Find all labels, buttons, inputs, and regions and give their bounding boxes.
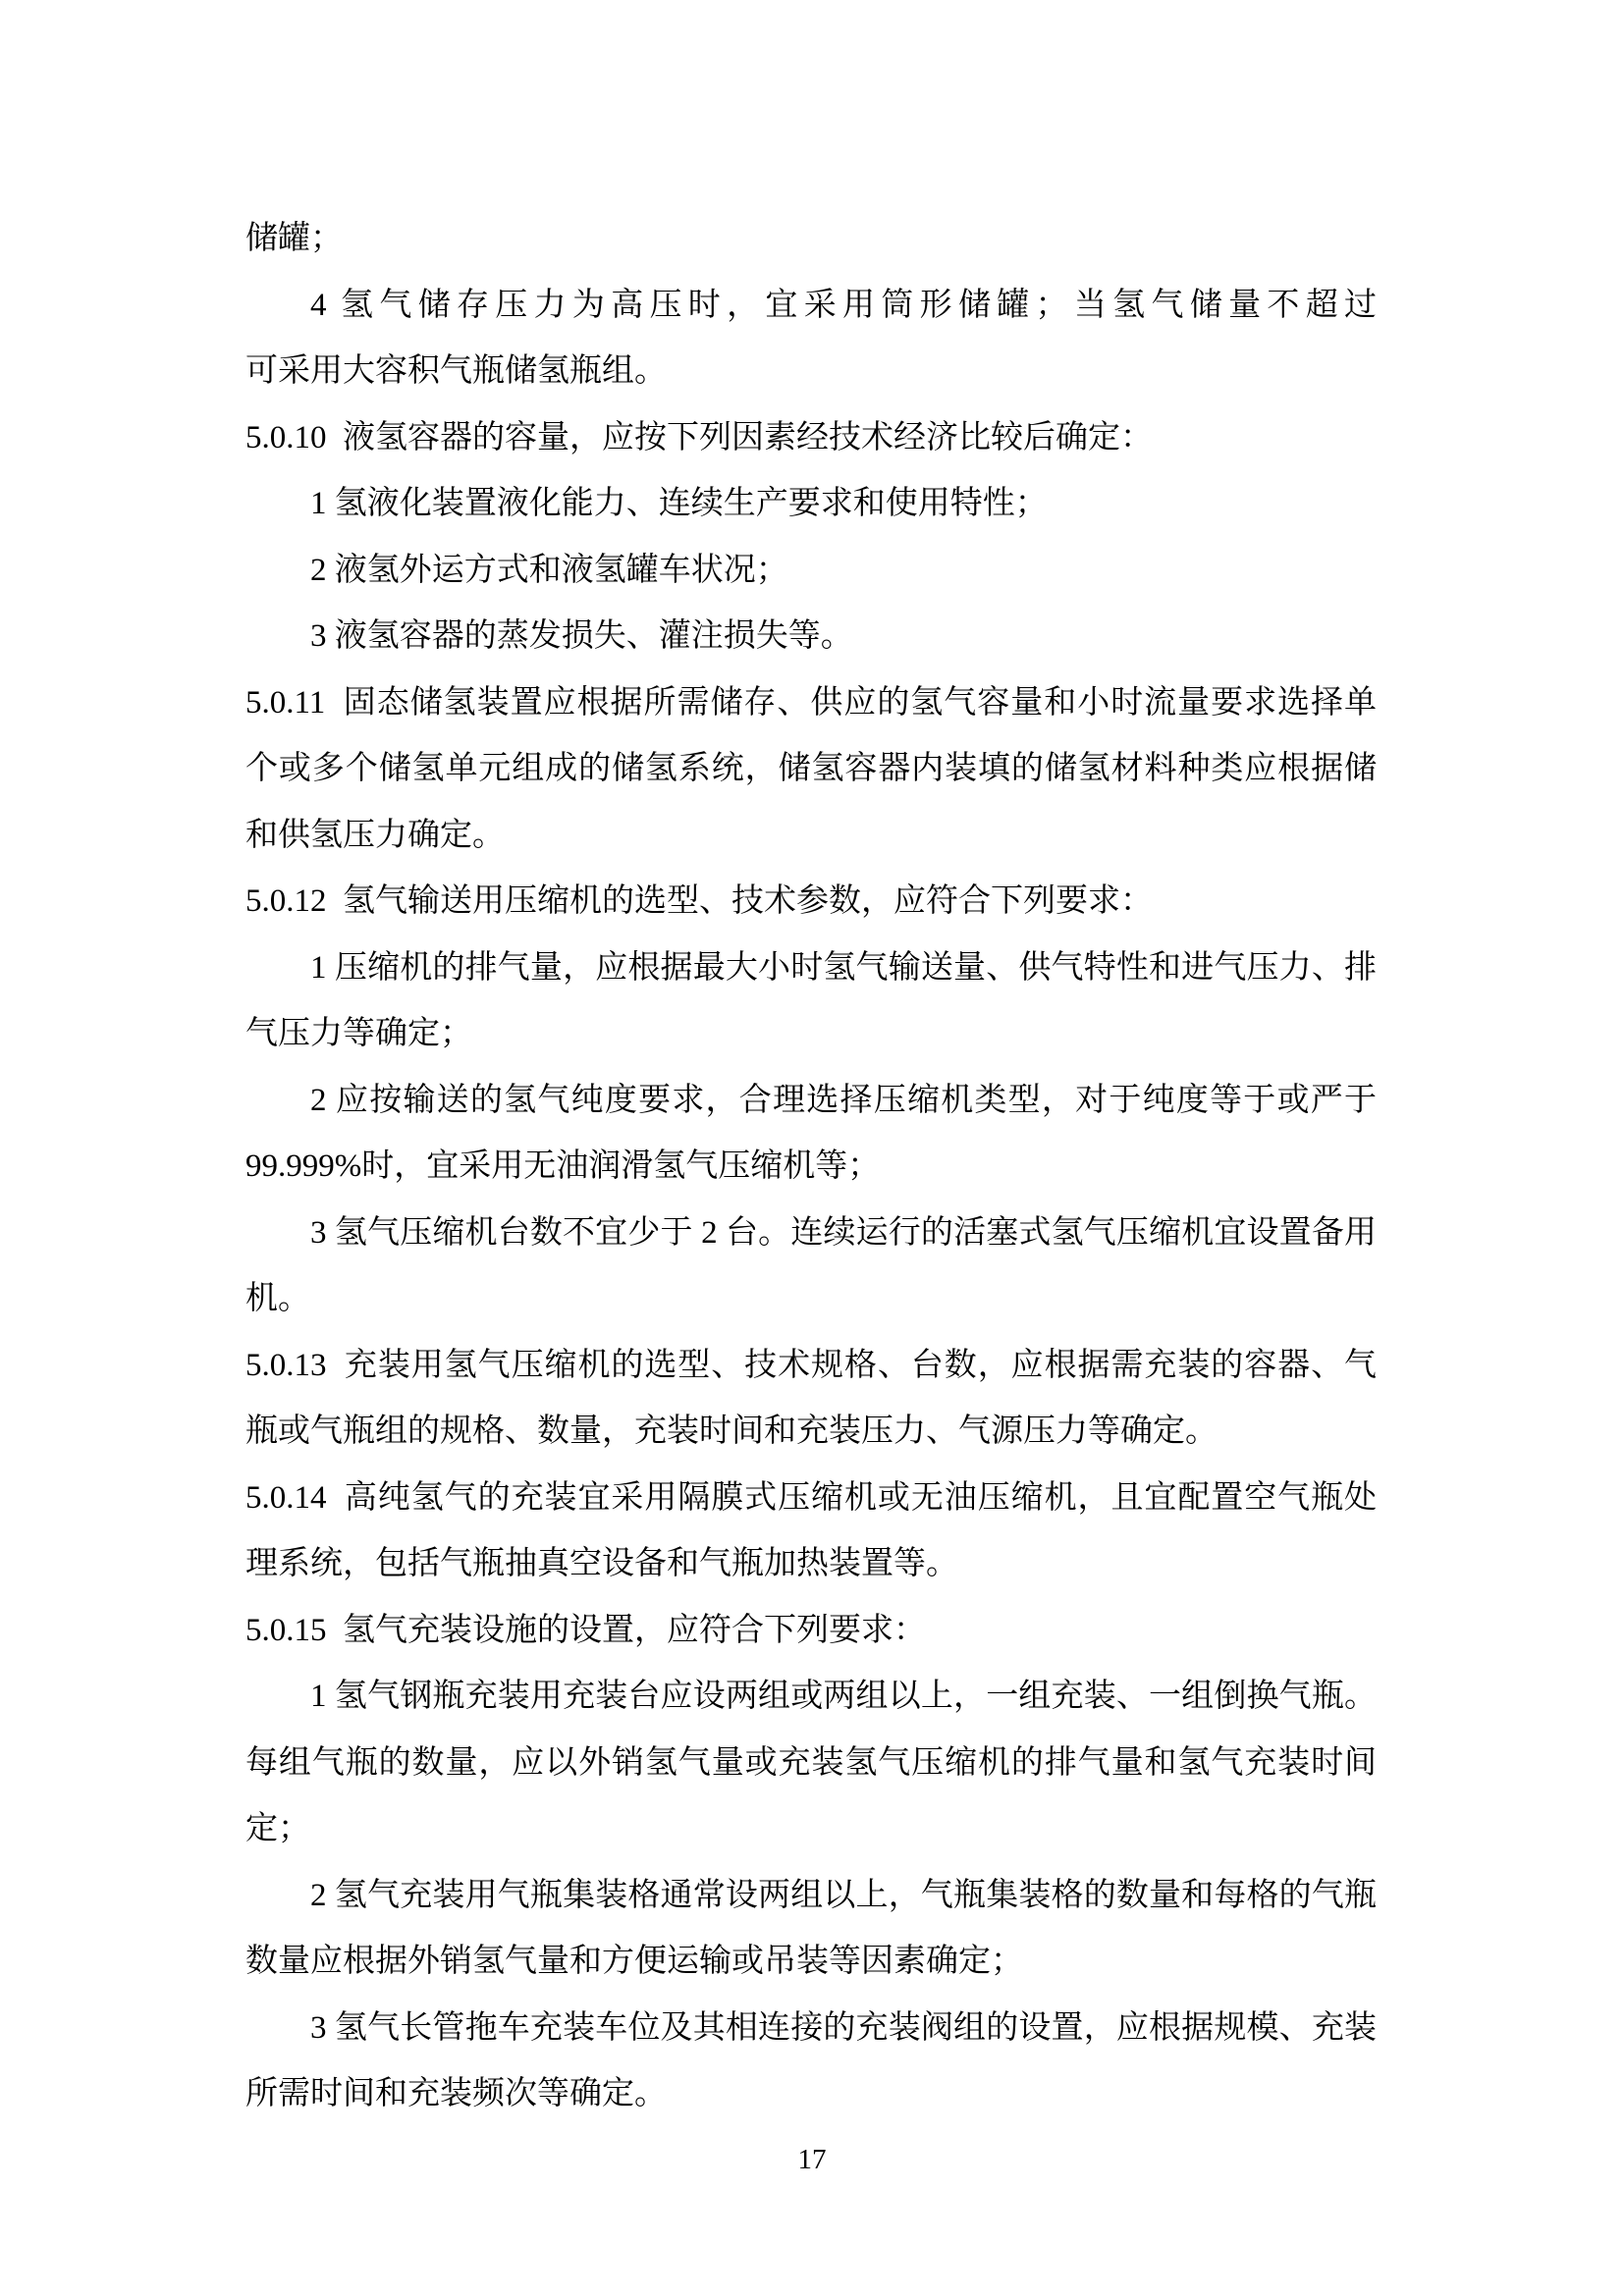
line-text: 1 氢气钢瓶充装用充装台应设两组或两组以上，一组充装、一组倒换气瓶。 [310,1679,1377,1714]
text-line: 5.0.13 充装用氢气压缩机的选型、技术规格、台数，应根据需充装的容器、气 [245,1333,1377,1400]
line-text: 5.0.11 固态储氢装置应根据所需储存、供应的氢气容量和小时流量要求选择单 [245,685,1377,721]
text-line: 理系统，包括气瓶抽真空设备和气瓶加热装置等。 [245,1531,1377,1598]
text-line: 定； [245,1796,1377,1863]
line-text: 2 应按输送的氢气纯度要求，合理选择压缩机类型，对于纯度等于或严于 [310,1083,1377,1118]
line-text: 2 液氢外运方式和液氢罐车状况； [310,553,788,588]
text-line: 5.0.11 固态储氢装置应根据所需储存、供应的氢气容量和小时流量要求选择单 [245,670,1377,737]
text-line: 5.0.12 氢气输送用压缩机的选型、技术参数，应符合下列要求： [245,869,1377,935]
text-line: 瓶或气瓶组的规格、数量，充装时间和充装压力、气源压力等确定。 [245,1399,1377,1466]
text-line: 1 压缩机的排气量，应根据最大小时氢气输送量、供气特性和进气压力、排 [245,935,1377,1002]
text-line: 5.0.10 液氢容器的容量，应按下列因素经技术经济比较后确定： [245,405,1377,472]
line-text: 3 氢气压缩机台数不宜少于 2 台。连续运行的活塞式氢气压缩机宜设置备用 [310,1215,1377,1251]
line-text: 理系统，包括气瓶抽真空设备和气瓶加热装置等。 [245,1546,958,1581]
line-text: 每组气瓶的数量，应以外销氢气量或充装氢气压缩机的排气量和氢气充装时间确 [245,1745,1377,1797]
text-line: 3 氢气长管拖车充装车位及其相连接的充装阀组的设置，应根据规模、充装 [245,1996,1377,2062]
text-line: 2 氢气充装用气瓶集装格通常设两组以上，气瓶集装格的数量和每格的气瓶 [245,1863,1377,1930]
text-line: 机。 [245,1266,1377,1333]
line-text: 定； [245,1811,310,1846]
document-lines: 储罐；4 氢气储存压力为高压时，宜采用筒形储罐；当氢气储量不超过 15000Nm… [245,206,1377,2128]
line-text: 5.0.10 液氢容器的容量，应按下列因素经技术经济比较后确定： [245,420,1153,455]
text-line: 1 氢液化装置液化能力、连续生产要求和使用特性； [245,471,1377,538]
text-line: 4 氢气储存压力为高压时，宜采用筒形储罐；当氢气储量不超过 15000Nm3， [245,273,1377,340]
line-text: 5.0.14 高纯氢气的充装宜采用隔膜式压缩机或无油压缩机，且宜配置空气瓶处 [245,1480,1377,1516]
line-text: 可采用大容积气瓶储氢瓶组。 [245,353,667,389]
text-line: 数量应根据外销氢气量和方便运输或吊装等因素确定； [245,1929,1377,1996]
line-text: 3 氢气长管拖车充装车位及其相连接的充装阀组的设置，应根据规模、充装 [310,2010,1377,2046]
line-text: 5.0.13 充装用氢气压缩机的选型、技术规格、台数，应根据需充装的容器、气 [245,1348,1377,1383]
line-text: 99.999%时，宜采用无油润滑氢气压缩机等； [245,1148,880,1184]
line-text: 和供氢压力确定。 [245,818,505,853]
document-page: 储罐；4 氢气储存压力为高压时，宜采用筒形储罐；当氢气储量不超过 15000Nm… [0,0,1624,2296]
text-line: 99.999%时，宜采用无油润滑氢气压缩机等； [245,1134,1377,1201]
text-line: 3 氢气压缩机台数不宜少于 2 台。连续运行的活塞式氢气压缩机宜设置备用 [245,1201,1377,1267]
text-line: 5.0.14 高纯氢气的充装宜采用隔膜式压缩机或无油压缩机，且宜配置空气瓶处 [245,1466,1377,1532]
line-text: 1 压缩机的排气量，应根据最大小时氢气输送量、供气特性和进气压力、排 [310,950,1377,986]
line-text: 气压力等确定； [245,1016,472,1051]
text-line: 5.0.15 氢气充装设施的设置，应符合下列要求： [245,1598,1377,1665]
line-text: 5.0.15 氢气充装设施的设置，应符合下列要求： [245,1613,926,1648]
line-text: 个或多个储氢单元组成的储氢系统，储氢容器内装填的储氢材料种类应根据储氢 [245,751,1377,803]
text-line: 1 氢气钢瓶充装用充装台应设两组或两组以上，一组充装、一组倒换气瓶。 [245,1664,1377,1731]
text-line: 所需时间和充装频次等确定。 [245,2061,1377,2128]
line-text: 机。 [245,1281,310,1316]
page-number: 17 [0,2127,1624,2194]
text-line: 和供氢压力确定。 [245,803,1377,870]
line-text: 3 液氢容器的蒸发损失、灌注损失等。 [310,618,853,654]
text-line: 储罐； [245,206,1377,273]
text-line: 个或多个储氢单元组成的储氢系统，储氢容器内装填的储氢材料种类应根据储氢 [245,736,1377,803]
text-line: 3 液氢容器的蒸发损失、灌注损失等。 [245,604,1377,670]
line-text: 5.0.12 氢气输送用压缩机的选型、技术参数，应符合下列要求： [245,883,1153,919]
text-line: 2 应按输送的氢气纯度要求，合理选择压缩机类型，对于纯度等于或严于 [245,1068,1377,1135]
line-text: 所需时间和充装频次等确定。 [245,2076,667,2111]
line-text: 4 氢气储存压力为高压时，宜采用筒形储罐；当氢气储量不超过 15000Nm [310,288,1377,340]
line-text: 储罐； [245,221,343,256]
line-text: 瓶或气瓶组的规格、数量，充装时间和充装压力、气源压力等确定。 [245,1414,1218,1449]
text-line: 气压力等确定； [245,1001,1377,1068]
line-text: 2 氢气充装用气瓶集装格通常设两组以上，气瓶集装格的数量和每格的气瓶 [310,1878,1377,1913]
line-text: 1 氢液化装置液化能力、连续生产要求和使用特性； [310,486,1048,521]
text-line: 每组气瓶的数量，应以外销氢气量或充装氢气压缩机的排气量和氢气充装时间确 [245,1731,1377,1797]
text-line: 可采用大容积气瓶储氢瓶组。 [245,339,1377,405]
line-text: 数量应根据外销氢气量和方便运输或吊装等因素确定； [245,1944,1023,1979]
text-line: 2 液氢外运方式和液氢罐车状况； [245,538,1377,605]
